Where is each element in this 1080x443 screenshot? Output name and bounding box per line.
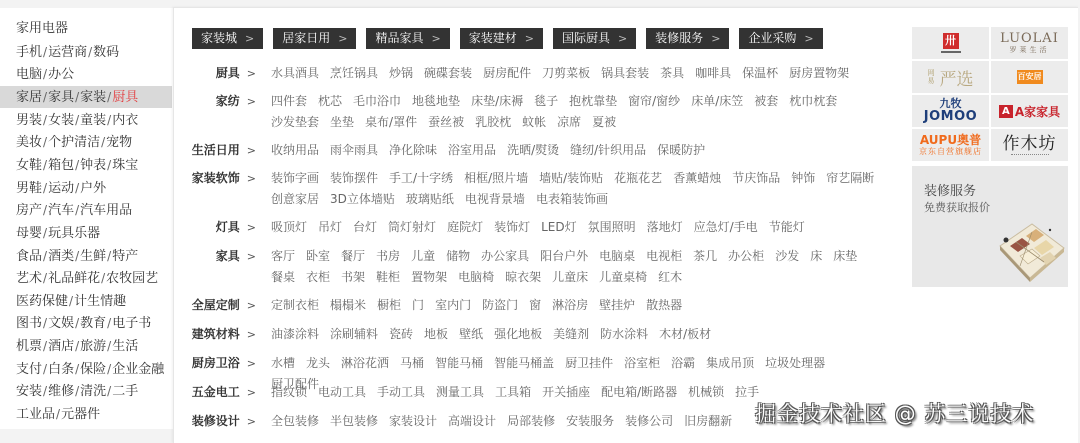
category-link[interactable]: 毯子 — [534, 91, 558, 112]
sidebar-link[interactable]: 运营商 — [48, 45, 87, 60]
category-link[interactable]: 壁纸 — [459, 324, 483, 345]
sidebar-link[interactable]: 个护清洁 — [48, 135, 100, 150]
tab-channel[interactable]: 国际厨具> — [553, 28, 636, 49]
sidebar-item[interactable]: 电脑/办公 — [0, 63, 172, 85]
sidebar-link[interactable]: 教育 — [80, 316, 106, 331]
category-link[interactable]: 手工/十字绣 — [389, 168, 453, 189]
category-link[interactable]: 红木 — [658, 267, 682, 288]
sidebar-link[interactable]: 房产 — [16, 203, 42, 218]
sidebar-link[interactable]: 电脑 — [16, 67, 42, 82]
separator: / — [75, 384, 79, 398]
category-link[interactable]: 碗碟套装 — [424, 63, 472, 84]
separator: / — [107, 339, 111, 353]
separator: / — [56, 407, 60, 421]
separator: / — [75, 90, 79, 104]
category-label[interactable]: 家装软饰> — [174, 168, 256, 189]
category-link[interactable]: 晾衣架 — [505, 267, 541, 288]
sidebar-link[interactable]: 工业品 — [16, 407, 55, 422]
chevron-right-icon: > — [338, 28, 347, 49]
category-link[interactable]: 桌布/罩件 — [365, 112, 417, 133]
category-link[interactable]: 马桶 — [400, 353, 424, 374]
category-link[interactable]: 吸顶灯 — [271, 217, 307, 238]
category-link[interactable]: 储物 — [446, 246, 470, 267]
category-link[interactable]: 门 — [412, 295, 424, 316]
category-link[interactable]: 全包装修 — [271, 411, 319, 432]
category-link[interactable]: 儿童 — [411, 246, 435, 267]
sidebar-link[interactable]: 户外 — [80, 181, 106, 196]
category-link[interactable]: 窗帘/窗纱 — [628, 91, 680, 112]
sidebar-item[interactable]: 房产/汽车/汽车用品 — [0, 199, 172, 221]
sidebar-link[interactable]: 汽车用品 — [80, 203, 132, 218]
category-label[interactable]: 厨房卫浴> — [174, 353, 256, 374]
sidebar-link[interactable]: 内衣 — [112, 113, 138, 128]
category-link[interactable]: 装修公司 — [625, 411, 673, 432]
sidebar-link[interactable]: 农牧园艺 — [106, 271, 158, 286]
separator: / — [75, 113, 79, 127]
aupu-wordmark: AUPU奥普 — [920, 134, 981, 147]
category-link[interactable]: 美缝剂 — [553, 324, 589, 345]
separator: / — [69, 294, 73, 308]
sidebar-link[interactable]: 文娱 — [48, 316, 74, 331]
category-link[interactable]: 集成吊顶 — [706, 353, 754, 374]
chevron-right-icon: > — [247, 328, 256, 341]
sidebar-link[interactable]: 电子书 — [112, 316, 151, 331]
tab-channel[interactable]: 居家日用> — [273, 28, 356, 49]
sidebar-link[interactable]: 手机 — [16, 45, 42, 60]
promo-title: 装修服务 — [924, 180, 976, 199]
sidebar-link[interactable]: 保险 — [80, 362, 106, 377]
separator: / — [43, 384, 47, 398]
sidebar-link[interactable]: 酒类 — [48, 249, 74, 264]
sidebar-link[interactable]: 机票 — [16, 339, 42, 354]
tab-channel[interactable]: 装修服务> — [646, 28, 729, 49]
sidebar-link[interactable]: 男鞋 — [16, 181, 42, 196]
category-link[interactable]: 蚕丝被 — [428, 112, 464, 133]
separator: / — [43, 45, 47, 59]
brand-yanxuan[interactable]: 网易 严选 — [912, 61, 989, 93]
category-link[interactable]: 半包装修 — [330, 411, 378, 432]
category-link[interactable]: 手动工具 — [377, 382, 425, 403]
category-link[interactable]: 地板 — [424, 324, 448, 345]
tab-channel[interactable]: 家装城> — [192, 28, 263, 49]
category-link[interactable]: 电表箱装饰画 — [536, 189, 608, 210]
sidebar-link[interactable]: 支付 — [16, 362, 42, 377]
category-link[interactable]: 电脑椅 — [458, 267, 494, 288]
category-link[interactable]: 咖啡具 — [695, 63, 731, 84]
brand-luolai[interactable]: LUOLAI 罗莱生活 — [991, 27, 1068, 59]
category-link[interactable]: 办公家具 — [481, 246, 529, 267]
category-label[interactable]: 全屋定制> — [174, 295, 256, 316]
category-link[interactable]: 衣柜 — [306, 267, 330, 288]
category-link[interactable]: 电动工具 — [318, 382, 366, 403]
category-link[interactable]: 地毯地垫 — [412, 91, 460, 112]
category-link[interactable]: 窗 — [529, 295, 541, 316]
category-link[interactable]: 厨房置物架 — [789, 63, 849, 84]
sidebar-item[interactable]: 图书/文娱/教育/电子书 — [0, 312, 172, 334]
sidebar-link[interactable]: 钟表 — [80, 158, 106, 173]
sidebar-link[interactable]: 维修 — [48, 384, 74, 399]
chevron-right-icon: > — [247, 386, 256, 399]
sidebar-link[interactable]: 汽车 — [48, 203, 74, 218]
category-link[interactable]: 收纳用品 — [271, 140, 319, 161]
separator: / — [75, 362, 79, 376]
sidebar-link[interactable]: 旅游 — [80, 339, 106, 354]
category-link[interactable]: 相框/照片墙 — [464, 168, 528, 189]
category-title: 厨房卫浴 — [192, 356, 240, 370]
sidebar-link[interactable]: 家居 — [16, 90, 42, 105]
sidebar-link[interactable]: 生活 — [112, 339, 138, 354]
chevron-right-icon: > — [247, 357, 256, 370]
category-link[interactable]: 炒锅 — [389, 63, 413, 84]
category-link[interactable]: 烹饪锅具 — [330, 63, 378, 84]
sidebar-link[interactable]: 企业金融 — [112, 362, 164, 377]
sidebar-item[interactable]: 美妆/个护清洁/宠物 — [0, 131, 172, 153]
category-link[interactable]: 机械锁 — [688, 382, 724, 403]
category-link[interactable]: 壁挂炉 — [599, 295, 635, 316]
sidebar-link[interactable]: 酒店 — [48, 339, 74, 354]
sidebar-item[interactable]: 家居/家具/家装/厨具 — [0, 86, 172, 108]
separator: / — [43, 158, 47, 172]
tab-channel[interactable]: 精品家具> — [366, 28, 449, 49]
category-link[interactable]: 保暖防护 — [657, 140, 705, 161]
category-link[interactable]: 智能马桶盖 — [494, 353, 554, 374]
category-link[interactable]: 电脑桌 — [599, 246, 635, 267]
zwilling-wordmark — [941, 51, 961, 53]
category-items: 定制衣柜榻榻米橱柜门室内门防盗门窗淋浴房壁挂炉散热器 — [271, 295, 891, 316]
sidebar-link[interactable]: 美妆 — [16, 135, 42, 150]
category-title: 装修设计 — [192, 414, 240, 428]
separator: / — [107, 90, 111, 104]
category-link[interactable]: 锅具套装 — [601, 63, 649, 84]
category-link[interactable]: 节庆饰品 — [732, 168, 780, 189]
sidebar-link[interactable]: 珠宝 — [112, 158, 138, 173]
category-label[interactable]: 灯具> — [174, 217, 256, 238]
category-label[interactable]: 装修设计> — [174, 411, 256, 432]
category-link[interactable]: 水槽 — [271, 353, 295, 374]
category-title: 五金电工 — [192, 385, 240, 399]
separator: / — [107, 362, 111, 376]
category-link[interactable]: 3D立体墙贴 — [330, 189, 395, 210]
sidebar-item[interactable]: 艺术/礼品鲜花/农牧园艺 — [0, 267, 172, 289]
sidebar-link[interactable]: 男装 — [16, 113, 42, 128]
category-link[interactable]: 家装设计 — [389, 411, 437, 432]
category-link[interactable]: 榻榻米 — [330, 295, 366, 316]
category-link[interactable]: 乳胶枕 — [475, 112, 511, 133]
aupu-subtitle: 京东自营旗舰店 — [919, 147, 982, 157]
sidebar-item[interactable]: 男鞋/运动/户外 — [0, 177, 172, 199]
sidebar-link[interactable]: 计生情趣 — [74, 294, 126, 309]
category-link[interactable]: 阳台户外 — [540, 246, 588, 267]
luolai-subtitle: 罗莱生活 — [1010, 46, 1050, 55]
category-label[interactable]: 厨具> — [174, 63, 256, 84]
brand-zuomufang[interactable]: 作木坊 — [991, 129, 1068, 161]
category-label[interactable]: 建筑材料> — [174, 324, 256, 345]
category-items: 水具酒具烹饪锅具炒锅碗碟套装厨房配件刀剪菜板锅具套装茶具咖啡具保温杯厨房置物架 — [271, 63, 891, 84]
category-link[interactable]: 床单/床笠 — [691, 91, 743, 112]
chevron-right-icon: > — [247, 250, 256, 263]
category-link[interactable]: 被套 — [754, 91, 778, 112]
sidebar-link[interactable]: 玩具乐器 — [48, 226, 100, 241]
category-link[interactable]: 钟饰 — [791, 168, 815, 189]
category-link[interactable]: 办公柜 — [728, 246, 764, 267]
category-link[interactable]: 厨卫挂件 — [565, 353, 613, 374]
category-link[interactable]: 木材/板材 — [659, 324, 711, 345]
category-link[interactable]: 智能马桶 — [435, 353, 483, 374]
renovation-service-promo[interactable]: 装修服务 免费获取报价 — [912, 166, 1068, 287]
sidebar-link[interactable]: 生鲜 — [80, 249, 106, 264]
brand-baianju[interactable]: 百安居 — [991, 61, 1068, 93]
separator: / — [43, 135, 47, 149]
category-link[interactable]: 高端设计 — [448, 411, 496, 432]
category-link[interactable]: 书房 — [376, 246, 400, 267]
category-link[interactable]: 瓷砖 — [389, 324, 413, 345]
category-link[interactable]: 墙贴/装饰贴 — [539, 168, 603, 189]
separator: / — [43, 226, 47, 240]
sidebar-link[interactable]: 二手 — [112, 384, 138, 399]
sidebar-item[interactable]: 支付/白条/保险/企业金融 — [0, 358, 172, 380]
sidebar-link[interactable]: 特产 — [112, 249, 138, 264]
category-link[interactable]: 茶几 — [693, 246, 717, 267]
category-link[interactable]: 指纹锁 — [271, 382, 307, 403]
category-link[interactable]: 装饰摆件 — [330, 168, 378, 189]
category-link[interactable]: 餐桌 — [271, 267, 295, 288]
sidebar-item[interactable]: 食品/酒类/生鲜/特产 — [0, 245, 172, 267]
sidebar-item[interactable]: 安装/维修/清洗/二手 — [0, 380, 172, 402]
category-link[interactable]: 测量工具 — [436, 382, 484, 403]
category-title: 家具 — [216, 249, 240, 263]
tab-label: 精品家具 — [375, 28, 423, 49]
chevron-right-icon: > — [247, 67, 256, 80]
category-link[interactable]: 装饰灯 — [494, 217, 530, 238]
category-link[interactable]: 茶具 — [660, 63, 684, 84]
sidebar-link[interactable]: 箱包 — [48, 158, 74, 173]
category-link[interactable]: 氛围照明 — [588, 217, 636, 238]
category-link[interactable]: 室内门 — [435, 295, 471, 316]
category-link[interactable]: 筒灯射灯 — [388, 217, 436, 238]
separator: / — [43, 271, 47, 285]
category-title: 灯具 — [216, 220, 240, 234]
category-label[interactable]: 家纺> — [174, 91, 256, 112]
zuomufang-underline — [1011, 154, 1049, 156]
category-title: 生活日用 — [192, 143, 240, 157]
category-link[interactable]: 水具酒具 — [271, 63, 319, 84]
separator: / — [101, 135, 105, 149]
category-link[interactable]: 卧室 — [306, 246, 330, 267]
category-link[interactable]: 书架 — [341, 267, 365, 288]
separator: / — [75, 249, 79, 263]
sidebar-item[interactable]: 医药保健/计生情趣 — [0, 290, 172, 312]
category-link[interactable]: 蚊帐 — [522, 112, 546, 133]
category-link[interactable]: 局部装修 — [507, 411, 555, 432]
category-link[interactable]: 开关插座 — [542, 382, 590, 403]
category-title: 家装软饰 — [192, 171, 240, 185]
category-link[interactable]: 缝纫/针织用品 — [570, 140, 646, 161]
category-link[interactable]: 配电箱/断路器 — [601, 382, 677, 403]
sidebar-link[interactable]: 元器件 — [61, 407, 100, 422]
sidebar-link[interactable]: 艺术 — [16, 271, 42, 286]
sidebar-link[interactable]: 女鞋 — [16, 158, 42, 173]
separator: / — [43, 249, 47, 263]
sidebar-link[interactable]: 安装 — [16, 384, 42, 399]
brand-jomoo[interactable]: 九牧 JOMOO — [912, 95, 989, 127]
sidebar-item[interactable]: 女鞋/箱包/钟表/珠宝 — [0, 154, 172, 176]
category-link[interactable]: 安装服务 — [566, 411, 614, 432]
sidebar-link[interactable]: 童装 — [80, 113, 106, 128]
category-link[interactable]: 浴霸 — [671, 353, 695, 374]
category-link[interactable]: 浴室用品 — [448, 140, 496, 161]
separator: / — [75, 316, 79, 330]
sidebar-link[interactable]: 运动 — [48, 181, 74, 196]
tab-label: 企业采购 — [748, 28, 796, 49]
category-label[interactable]: 生活日用> — [174, 140, 256, 161]
sidebar-link[interactable]: 家具 — [48, 90, 74, 105]
category-sidebar: 家用电器手机/运营商/数码电脑/办公家居/家具/家装/厨具男装/女装/童装/内衣… — [0, 8, 174, 429]
tab-label: 家装建材 — [469, 28, 517, 49]
sidebar-link[interactable]: 医药保健 — [16, 294, 68, 309]
category-link[interactable]: 枕巾枕套 — [789, 91, 837, 112]
category-link[interactable]: 龙头 — [306, 353, 330, 374]
category-link[interactable]: 床垫/床褥 — [471, 91, 523, 112]
category-link[interactable]: 吊灯 — [318, 217, 342, 238]
category-link[interactable]: 刀剪菜板 — [542, 63, 590, 84]
category-link[interactable]: 电视背景墙 — [465, 189, 525, 210]
category-link[interactable]: 洗晒/熨烫 — [507, 140, 559, 161]
category-link[interactable]: 客厅 — [271, 246, 295, 267]
category-link[interactable]: 应急灯/手电 — [694, 217, 758, 238]
sidebar-link[interactable]: 礼品鲜花 — [48, 271, 100, 286]
sidebar-item[interactable]: 家用电器 — [0, 18, 172, 40]
sidebar-link[interactable]: 清洗 — [80, 384, 106, 399]
zwilling-logo-icon: 卅 — [943, 33, 959, 49]
category-link[interactable]: 定制衣柜 — [271, 295, 319, 316]
category-link[interactable]: 垃圾处理器 — [765, 353, 825, 374]
category-link[interactable]: 厨房配件 — [483, 63, 531, 84]
category-items: 客厅卧室餐厅书房儿童储物办公家具阳台户外电脑桌电视柜茶几办公柜沙发床床垫餐桌衣柜… — [271, 246, 891, 288]
category-link[interactable]: 电视柜 — [646, 246, 682, 267]
sidebar-link[interactable]: 家用电器 — [16, 21, 68, 36]
separator: / — [43, 113, 47, 127]
sidebar-link[interactable]: 厨具 — [112, 90, 138, 105]
category-link[interactable]: 装饰字画 — [271, 168, 319, 189]
category-items: 收纳用品雨伞雨具净化除味浴室用品洗晒/熨烫缝纫/针织用品保暖防护 — [271, 140, 891, 161]
category-link[interactable]: 儿童床 — [552, 267, 588, 288]
category-link[interactable]: 四件套 — [271, 91, 307, 112]
sidebar-link[interactable]: 家装 — [80, 90, 106, 105]
tab-label: 国际厨具 — [562, 28, 610, 49]
brand-ajia[interactable]: A A家家具 — [991, 95, 1068, 127]
separator: / — [43, 316, 47, 330]
sidebar-item[interactable]: 手机/运营商/数码 — [0, 41, 172, 63]
category-link[interactable]: 花瓶花艺 — [614, 168, 662, 189]
category-link[interactable]: 香薰蜡烛 — [673, 168, 721, 189]
category-link[interactable]: 散热器 — [646, 295, 682, 316]
sidebar-item[interactable]: 机票/酒店/旅游/生活 — [0, 335, 172, 357]
category-link[interactable]: 沙发垫套 — [271, 112, 319, 133]
chevron-right-icon: > — [247, 415, 256, 428]
tab-label: 装修服务 — [655, 28, 703, 49]
category-link[interactable]: 毛巾浴巾 — [353, 91, 401, 112]
tab-channel[interactable]: 家装建材> — [460, 28, 543, 49]
category-link[interactable]: 儿童桌椅 — [599, 267, 647, 288]
category-link[interactable]: 保温杯 — [742, 63, 778, 84]
sidebar-link[interactable]: 宠物 — [106, 135, 132, 150]
sidebar-link[interactable]: 女装 — [48, 113, 74, 128]
category-link[interactable]: 置物架 — [411, 267, 447, 288]
category-link[interactable]: 涂刷辅料 — [330, 324, 378, 345]
chevron-right-icon: > — [247, 221, 256, 234]
luolai-wordmark: LUOLAI — [1000, 32, 1059, 46]
category-link[interactable]: LED灯 — [541, 217, 577, 238]
sidebar-link[interactable]: 数码 — [93, 45, 119, 60]
category-link[interactable]: 油漆涂料 — [271, 324, 319, 345]
tab-channel[interactable]: 企业采购> — [739, 28, 822, 49]
category-link[interactable]: 床 — [810, 246, 822, 267]
category-link[interactable]: 节能灯 — [769, 217, 805, 238]
category-link[interactable]: 坐垫 — [330, 112, 354, 133]
category-link[interactable]: 防水涂料 — [600, 324, 648, 345]
sidebar-link[interactable]: 母婴 — [16, 226, 42, 241]
sidebar-link[interactable]: 办公 — [48, 67, 74, 82]
sidebar-link[interactable]: 食品 — [16, 249, 42, 264]
category-link[interactable]: 玻璃贴纸 — [406, 189, 454, 210]
brand-grid: 卅 LUOLAI 罗莱生活 网易 严选 百安居 九牧 JOMOO A A家家具 … — [912, 27, 1068, 159]
category-link[interactable]: 鞋柜 — [376, 267, 400, 288]
category-link[interactable]: 凉席 — [557, 112, 581, 133]
floorplan-3d-icon — [992, 216, 1068, 286]
category-link[interactable]: 帘艺隔断 — [826, 168, 874, 189]
category-label[interactable]: 五金电工> — [174, 382, 256, 403]
sidebar-link[interactable]: 图书 — [16, 316, 42, 331]
category-link[interactable]: 工具箱 — [495, 382, 531, 403]
category-items: 吸顶灯吊灯台灯筒灯射灯庭院灯装饰灯LED灯氛围照明落地灯应急灯/手电节能灯 — [271, 217, 891, 238]
category-link[interactable]: 强化地板 — [494, 324, 542, 345]
category-link[interactable]: 淋浴房 — [552, 295, 588, 316]
category-link[interactable]: 夏被 — [592, 112, 616, 133]
jomoo-en: JOMOO — [924, 110, 977, 124]
category-link[interactable]: 枕芯 — [318, 91, 342, 112]
category-title: 家纺 — [216, 94, 240, 108]
brand-aupu[interactable]: AUPU奥普 京东自营旗舰店 — [912, 129, 989, 161]
separator: / — [101, 271, 105, 285]
brand-zwilling[interactable]: 卅 — [912, 27, 989, 59]
category-link[interactable]: 旧房翻新 — [684, 411, 732, 432]
category-label[interactable]: 家具> — [174, 246, 256, 267]
separator: / — [75, 158, 79, 172]
category-link[interactable]: 床垫 — [833, 246, 857, 267]
sidebar-item[interactable]: 工业品/元器件 — [0, 403, 172, 425]
category-link[interactable]: 餐厅 — [341, 246, 365, 267]
chevron-right-icon: > — [247, 95, 256, 108]
category-link[interactable]: 创意家居 — [271, 189, 319, 210]
category-link[interactable]: 防盗门 — [482, 295, 518, 316]
category-link[interactable]: 浴室柜 — [624, 353, 660, 374]
sidebar-item[interactable]: 男装/女装/童装/内衣 — [0, 109, 172, 131]
category-link[interactable]: 淋浴花洒 — [341, 353, 389, 374]
sidebar-item[interactable]: 母婴/玩具乐器 — [0, 222, 172, 244]
separator: / — [75, 339, 79, 353]
separator: / — [75, 203, 79, 217]
category-link[interactable]: 沙发 — [775, 246, 799, 267]
category-link[interactable]: 雨伞雨具 — [330, 140, 378, 161]
category-link[interactable]: 净化除味 — [389, 140, 437, 161]
category-link[interactable]: 抱枕靠垫 — [569, 91, 617, 112]
sidebar-link[interactable]: 白条 — [48, 362, 74, 377]
category-link[interactable]: 台灯 — [353, 217, 377, 238]
category-link[interactable]: 落地灯 — [647, 217, 683, 238]
category-link[interactable]: 庭院灯 — [447, 217, 483, 238]
category-link[interactable]: 橱柜 — [377, 295, 401, 316]
separator: / — [43, 181, 47, 195]
